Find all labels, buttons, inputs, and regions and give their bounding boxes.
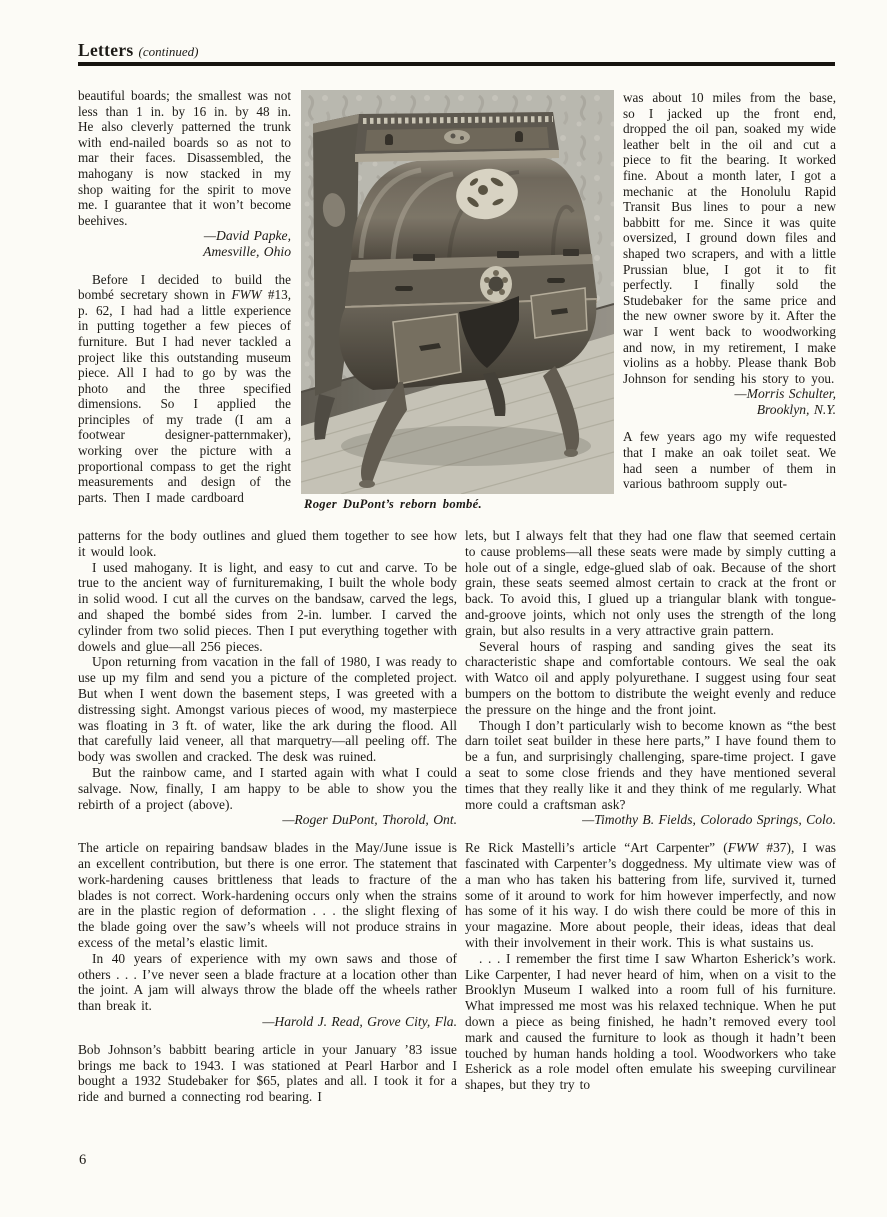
paragraph-dupont-patterns: patterns for the body outlines and glued… — [78, 528, 457, 560]
text-segment: #37), I was fascinated with Carpenter’s … — [465, 840, 836, 950]
paragraph-schulter-continuation: was about 10 miles from the base, so I j… — [623, 90, 836, 386]
header-rule — [78, 62, 835, 66]
magazine-page: Letters(continued) beautiful boards; the… — [0, 0, 887, 1217]
paragraph-dupont-flood: Upon returning from vacation in the fall… — [78, 654, 457, 765]
paragraph-read-bandsaw: The article on repairing bandsaw blades … — [78, 840, 457, 951]
signature-schulter-place: Brooklyn, N.Y. — [623, 402, 836, 418]
page-number: 6 — [79, 1152, 86, 1169]
column-left-narrow: beautiful boards; the smallest was not l… — [78, 88, 291, 526]
section-title: Letters — [78, 40, 134, 60]
paragraph-fields-known-as: Though I don’t particularly wish to beco… — [465, 718, 836, 813]
desk-photo — [301, 90, 614, 494]
paragraph-fields-outlets: lets, but I always felt that they had on… — [465, 528, 836, 639]
column-wide-left: patterns for the body outlines and glued… — [78, 528, 457, 1105]
paragraph-esherick-carpenter: Re Rick Mastelli’s article “Art Carpente… — [465, 840, 836, 951]
paragraph-dupont-rainbow: But the rainbow came, and I started agai… — [78, 765, 457, 812]
paragraph-schulter-opening: Bob Johnson’s babbitt bearing article in… — [78, 1042, 457, 1105]
signature-fields: —Timothy B. Fields, Colorado Springs, Co… — [465, 812, 836, 828]
photo-caption: Roger DuPont’s reborn bombé. — [304, 497, 482, 512]
signature-papke-place: Amesville, Ohio — [78, 244, 291, 260]
desk-photo-illustration — [301, 90, 614, 494]
signature-papke-name: —David Papke, — [78, 228, 291, 244]
section-continued-label: (continued) — [139, 44, 199, 59]
paragraph-dupont-mahogany: I used mahogany. It is light, and easy t… — [78, 560, 457, 655]
signature-dupont: —Roger DuPont, Thorold, Ont. — [78, 812, 457, 828]
italic-magazine-title: FWW — [728, 840, 759, 855]
paragraph-fields-opening: A few years ago my wife requested that I… — [623, 429, 836, 491]
column-wide-right: lets, but I always felt that they had on… — [465, 528, 836, 1093]
paragraph-esherick-remember: . . . I remember the first time I saw Wh… — [465, 951, 836, 1093]
page-header: Letters(continued) — [78, 40, 198, 61]
text-segment: Re Rick Mastelli’s article “Art Carpente… — [465, 840, 728, 855]
signature-schulter-name: —Morris Schulter, — [623, 386, 836, 402]
paragraph-dupont-opening: Before I decided to build the bombé secr… — [78, 272, 291, 506]
paragraph-read-experience: In 40 years of experience with my own sa… — [78, 951, 457, 1014]
italic-magazine-title: FWW — [232, 287, 262, 302]
paragraph-fields-rasping: Several hours of rasping and sanding giv… — [465, 639, 836, 718]
text-segment: #13, p. 62, I had had a little experienc… — [78, 287, 291, 505]
column-right-narrow: was about 10 miles from the base, so I j… — [623, 90, 836, 526]
signature-read: —Harold J. Read, Grove City, Fla. — [78, 1014, 457, 1030]
paragraph-papke-body: beautiful boards; the smallest was not l… — [78, 88, 291, 228]
